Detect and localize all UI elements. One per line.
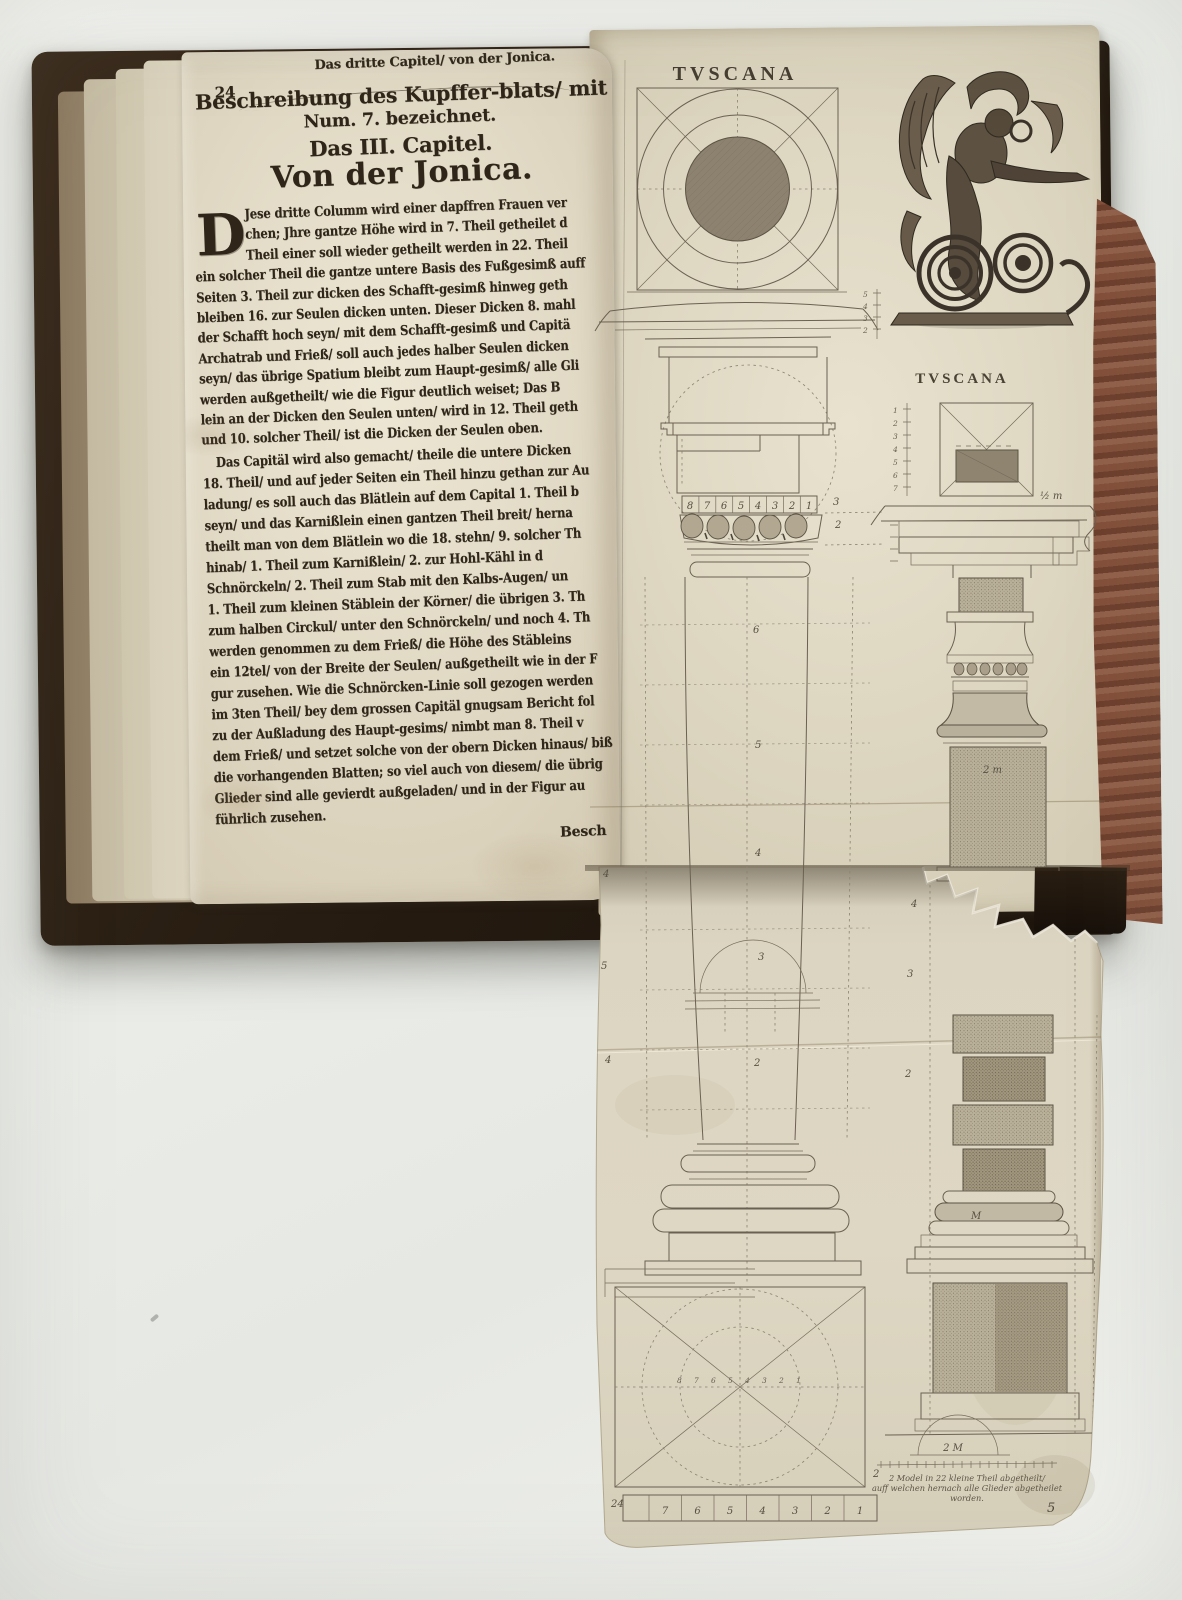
ruler-number: 3 bbox=[863, 314, 868, 323]
ruler-number: 5 bbox=[863, 290, 868, 299]
margin-number: 4 bbox=[604, 1055, 611, 1066]
text-page: Das dritte Capitel/ von der Jonica. 24 B… bbox=[181, 48, 620, 904]
engraved-foldout-plate: TVSCANA bbox=[585, 25, 1130, 1570]
ornament-base bbox=[891, 313, 1073, 325]
half-module-label: ½ m bbox=[1040, 491, 1062, 502]
text-layer: Das dritte Capitel/ von der Jonica. 24 B… bbox=[179, 42, 640, 909]
ruler-number: 7 bbox=[893, 484, 898, 493]
ruler-number: 3 bbox=[893, 432, 898, 441]
ornament-scale-ruler: 5 4 3 2 bbox=[862, 289, 881, 339]
scale-number: 5 bbox=[727, 1506, 733, 1517]
plate-number: 5 bbox=[1047, 1501, 1055, 1516]
plate-title: TVSCANA bbox=[673, 63, 798, 85]
scale-number: 4 bbox=[754, 501, 761, 512]
base-plan-diagram: 8 7 6 5 4 3 2 1 bbox=[615, 1287, 865, 1487]
scale-number: 1 bbox=[857, 1506, 863, 1517]
ruler-number: 2 bbox=[892, 419, 898, 428]
paragraph-1: Jese dritte Columm wird einer dapffren F… bbox=[193, 192, 610, 451]
leaf bbox=[901, 211, 921, 271]
small-column-capital bbox=[937, 565, 1047, 743]
scale-number: 6 bbox=[694, 1506, 701, 1517]
top-scroll bbox=[967, 72, 1029, 115]
page-crease bbox=[621, 60, 625, 865]
axis-number: 5 bbox=[755, 740, 761, 751]
scale-number: 2 bbox=[788, 501, 795, 512]
axis-number: 2 bbox=[753, 1058, 760, 1069]
entablature-profile bbox=[825, 506, 1096, 565]
tail-scroll bbox=[1061, 262, 1088, 313]
ruler-number: 2 bbox=[862, 326, 868, 335]
scale-number: 8 bbox=[687, 501, 693, 512]
axis-number: 3 bbox=[758, 952, 764, 963]
plate-caption-line: worden. bbox=[950, 1493, 984, 1503]
axis-number: 4 bbox=[754, 848, 761, 859]
background-speck bbox=[150, 1314, 159, 1323]
plate-caption-line: auff welchen hernach alle Glieder abgeth… bbox=[872, 1483, 1063, 1493]
margin-number: 4 bbox=[1102, 1209, 1109, 1220]
scale-number: 7 bbox=[704, 501, 711, 512]
paragraph-2: Das Capitäl wird also gemacht/ theile di… bbox=[202, 438, 624, 831]
photo-of-antique-book: Das dritte Capitel/ von der Jonica. 24 B… bbox=[0, 0, 1182, 1600]
plan-number: 4 bbox=[744, 1376, 750, 1385]
grotesque-ornament-engraving bbox=[891, 72, 1089, 329]
scale-label: 24 bbox=[610, 1499, 624, 1510]
scale-number: 7 bbox=[662, 1506, 669, 1517]
ruler-number: 5 bbox=[893, 458, 898, 467]
ruler-number: 1 bbox=[893, 406, 898, 415]
scale-mark: 2 bbox=[872, 1469, 879, 1480]
running-header: Das dritte Capitel/ von der Jonica. bbox=[289, 48, 579, 74]
ruler-number: 6 bbox=[893, 471, 898, 480]
scale-number: 5 bbox=[738, 501, 744, 512]
margin-number: 3 bbox=[907, 969, 913, 980]
plan-number: 5 bbox=[728, 1376, 733, 1385]
plan-number: 6 bbox=[711, 1376, 716, 1385]
scale-number: 3 bbox=[792, 1506, 798, 1517]
ruler-number: 4 bbox=[892, 445, 898, 454]
side-number: 2 bbox=[834, 520, 841, 531]
neck-moldings bbox=[687, 549, 813, 577]
plan-number: 3 bbox=[762, 1376, 767, 1385]
margin-number: 2 bbox=[1104, 1099, 1111, 1110]
plan-number: 8 bbox=[677, 1376, 682, 1385]
plate-caption-line: 2 Model in 22 kleine Theil abgetheilt/ bbox=[888, 1473, 1046, 1483]
axis-number: 6 bbox=[753, 625, 760, 636]
arms bbox=[991, 161, 1089, 183]
scale-number: 2 bbox=[823, 1506, 830, 1517]
scale-number: 6 bbox=[721, 501, 728, 512]
plate-subtitle: TVSCANA bbox=[915, 371, 1009, 387]
egg-and-dart-molding bbox=[680, 514, 822, 545]
margin-number: 5 bbox=[601, 961, 607, 972]
plan-number: 7 bbox=[694, 1376, 699, 1385]
margin-number: 4 bbox=[910, 899, 917, 910]
scale-number: 4 bbox=[758, 1506, 765, 1517]
margin-number: 2 bbox=[1100, 1319, 1107, 1330]
side-number: 3 bbox=[833, 497, 839, 508]
scale-number: 1 bbox=[806, 501, 812, 512]
margin-number: 2 bbox=[904, 1069, 911, 1080]
wing-tip bbox=[1031, 101, 1063, 153]
margin-number: 4 bbox=[602, 869, 609, 880]
base-label: M bbox=[970, 1211, 982, 1222]
head bbox=[985, 109, 1013, 137]
capital-plan-diagram bbox=[637, 88, 838, 290]
arc-label: 2 M bbox=[942, 1443, 964, 1454]
plan-number: 2 bbox=[778, 1376, 784, 1385]
plan-square-small: 1 2 3 4 5 6 7 ½ m bbox=[892, 403, 1062, 502]
capital-cornice-profile bbox=[595, 292, 878, 339]
pedestal-label: 2 m bbox=[982, 765, 1002, 776]
ruler-number: 4 bbox=[862, 302, 868, 311]
plan-number: 1 bbox=[796, 1376, 801, 1385]
scale-number: 3 bbox=[772, 501, 778, 512]
small-column-pedestal: 2 m bbox=[937, 747, 1059, 881]
